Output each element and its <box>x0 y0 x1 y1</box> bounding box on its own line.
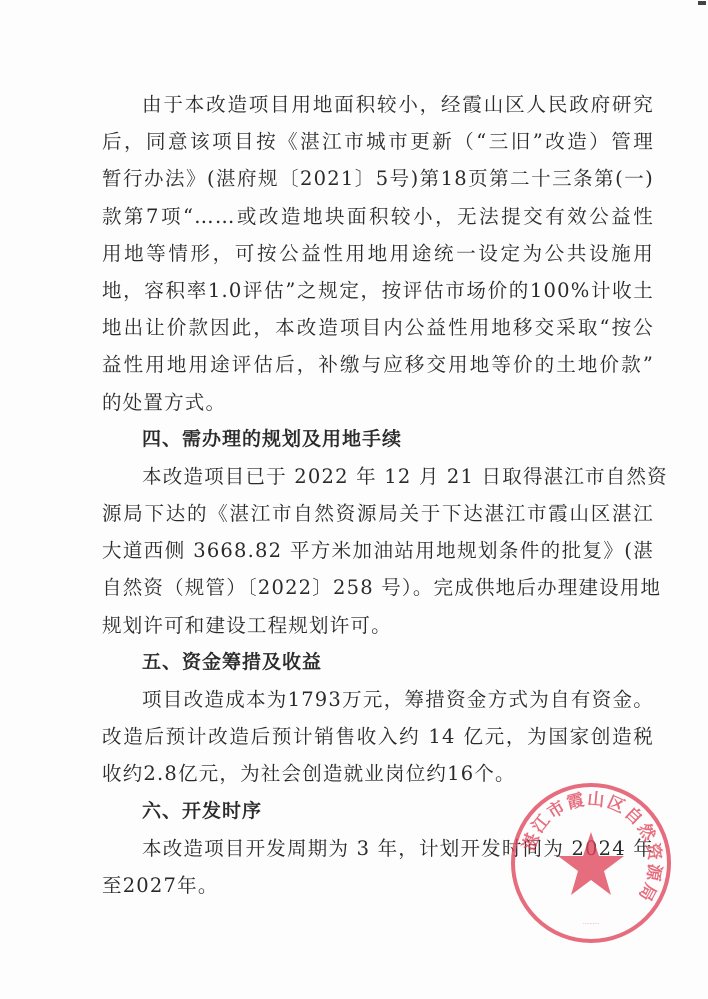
text-line: 项目改造成本为1793万元，筹措资金方式为自有资金。 <box>102 681 654 718</box>
svg-text:··········: ·········· <box>583 921 599 927</box>
text-line: 规划许可和建设工程规划许可。 <box>102 607 654 644</box>
text-line: 大道西侧 3668.82 平方米加油站用地规划条件的批复》(湛 <box>102 532 654 569</box>
official-seal: 湛江市霞山区自然资源局 ·········· <box>508 780 674 946</box>
text-line: 益性用地用途评估后，补缴与应移交用地等价的土地价款” <box>102 346 654 383</box>
section-heading: 五、资金筹措及收益 <box>102 644 654 681</box>
text-line: 由于本改造项目用地面积较小，经霞山区人民政府研究 <box>102 86 654 123</box>
section-heading: 四、需办理的规划及用地手续 <box>102 421 654 458</box>
scan-mark <box>698 1 706 5</box>
text-line: 的处置方式。 <box>102 384 654 421</box>
text-line: 地，容积率1.0评估”之规定，按评估市场价的100%计收土 <box>102 272 654 309</box>
text-line: 源局下达的《湛江市自然资源局关于下达湛江市霞山区湛江 <box>102 495 654 532</box>
star-icon <box>558 832 624 895</box>
text-line: 改造后预计改造后预计销售收入约 14 亿元，为国家创造税 <box>102 718 654 755</box>
text-line: 用地等情形，可按公益性用地用途统一设定为公共设施用 <box>102 235 654 272</box>
text-line: 地出让价款因此，本改造项目内公益性用地移交采取“按公 <box>102 309 654 346</box>
text-line: 本改造项目已于 2022 年 12 月 21 日取得湛江市自然资 <box>102 458 654 495</box>
text-line: 自然资（规管）〔2022〕258 号）。完成供地后办理建设用地 <box>102 569 654 606</box>
text-line: 后，同意该项目按《湛江市城市更新（“三旧”改造）管理 <box>102 123 654 160</box>
text-line: 暂行办法》(湛府规〔2021〕5号)第18页第二十三条第(一) <box>102 160 654 197</box>
text-line: 款第7项“……或改造地块面积较小，无法提交有效公益性 <box>102 198 654 235</box>
